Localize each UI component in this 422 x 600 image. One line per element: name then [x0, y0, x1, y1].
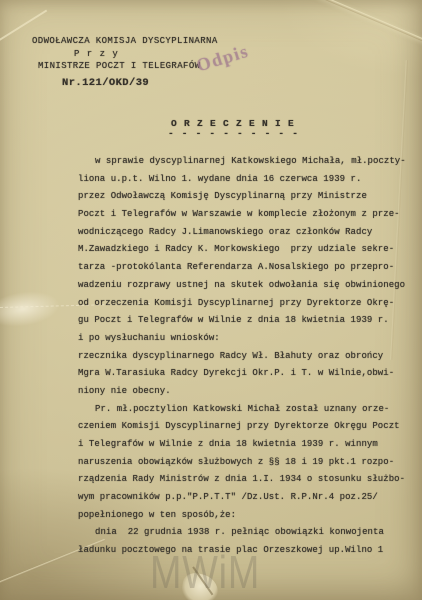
letterhead-org-line2: P r z y	[74, 49, 119, 59]
body-line: rządzenia Rady Ministrów z dnia 1.I. 193…	[78, 471, 408, 489]
body-line: wodniczącego Radcy J.Limanowskiego oraz …	[78, 224, 408, 242]
crease-top-right	[296, 0, 422, 54]
reference-number: Nr.121/OKD/39	[62, 77, 149, 89]
body-line: tarza -protokólanta Referendarza A.Nosal…	[78, 259, 408, 277]
body-line: rzecznika dyscyplinarnego Radcy Wł. Błah…	[78, 348, 408, 366]
body-line: popełnionego w ten sposób,że:	[78, 507, 408, 525]
body-line: wym pracowników p.p."P.P.T.T" /Dz.Ust. R…	[78, 489, 408, 507]
body-line: Poczt i Telegrafów w Warszawie w komplec…	[78, 206, 408, 224]
body-line: Mgra W.Tarasiuka Radcy Dyrekcji Okr.P. i…	[78, 365, 408, 383]
document-page: ODWOŁAWCZA KOMISJA DYSCYPLINARNA P r z y…	[0, 0, 422, 600]
body-line: naruszenia obowiązków służbowych z §§ 18…	[78, 454, 408, 472]
body-line: przez Odwoławczą Komisję Dyscyplinarną p…	[78, 188, 408, 206]
body-line: i po wysłuchaniu wniosków:	[78, 330, 408, 348]
museum-watermark: MWiM	[150, 545, 260, 599]
body-line: od orzeczenia Komisji Dyscyplinarnej prz…	[78, 295, 408, 313]
body-line: niony nie obecny.	[78, 383, 408, 401]
body-line: liona u.p.t. Wilno 1. wydane dnia 16 cze…	[78, 171, 408, 189]
letterhead-org-line3: MINISTRZE POCZT I TELEGRAFÓW	[38, 61, 200, 71]
paper-damage-left	[0, 287, 62, 331]
body-line: M.Zawadzkiego i Radcy K. Morkowskiego pr…	[78, 241, 408, 259]
body-line: w sprawie dyscyplinarnej Katkowskiego Mi…	[78, 153, 408, 171]
body-line: Pr. mł.pocztylion Katkowski Michał zosta…	[78, 401, 408, 419]
body-line: wadzeniu rozprawy ustnej na skutek odwoł…	[78, 277, 408, 295]
body-line: czeniem Komisji Dyscyplinarnej przy Dyre…	[78, 418, 408, 436]
body-line: dnia 22 grudnia 1938 r. pełniąc obowiązk…	[78, 524, 408, 542]
letterhead-org-line1: ODWOŁAWCZA KOMISJA DYSCYPLINARNA	[32, 36, 218, 46]
body-line: i Telegrafów w Wilnie z dnia 18 kwietnia…	[78, 436, 408, 454]
document-body: w sprawie dyscyplinarnej Katkowskiego Mi…	[78, 153, 408, 560]
body-line: gu Poczt i Telegrafów w Wilnie z dnia 18…	[78, 312, 408, 330]
document-title-underline: - - - - - - - - - -	[168, 128, 299, 139]
